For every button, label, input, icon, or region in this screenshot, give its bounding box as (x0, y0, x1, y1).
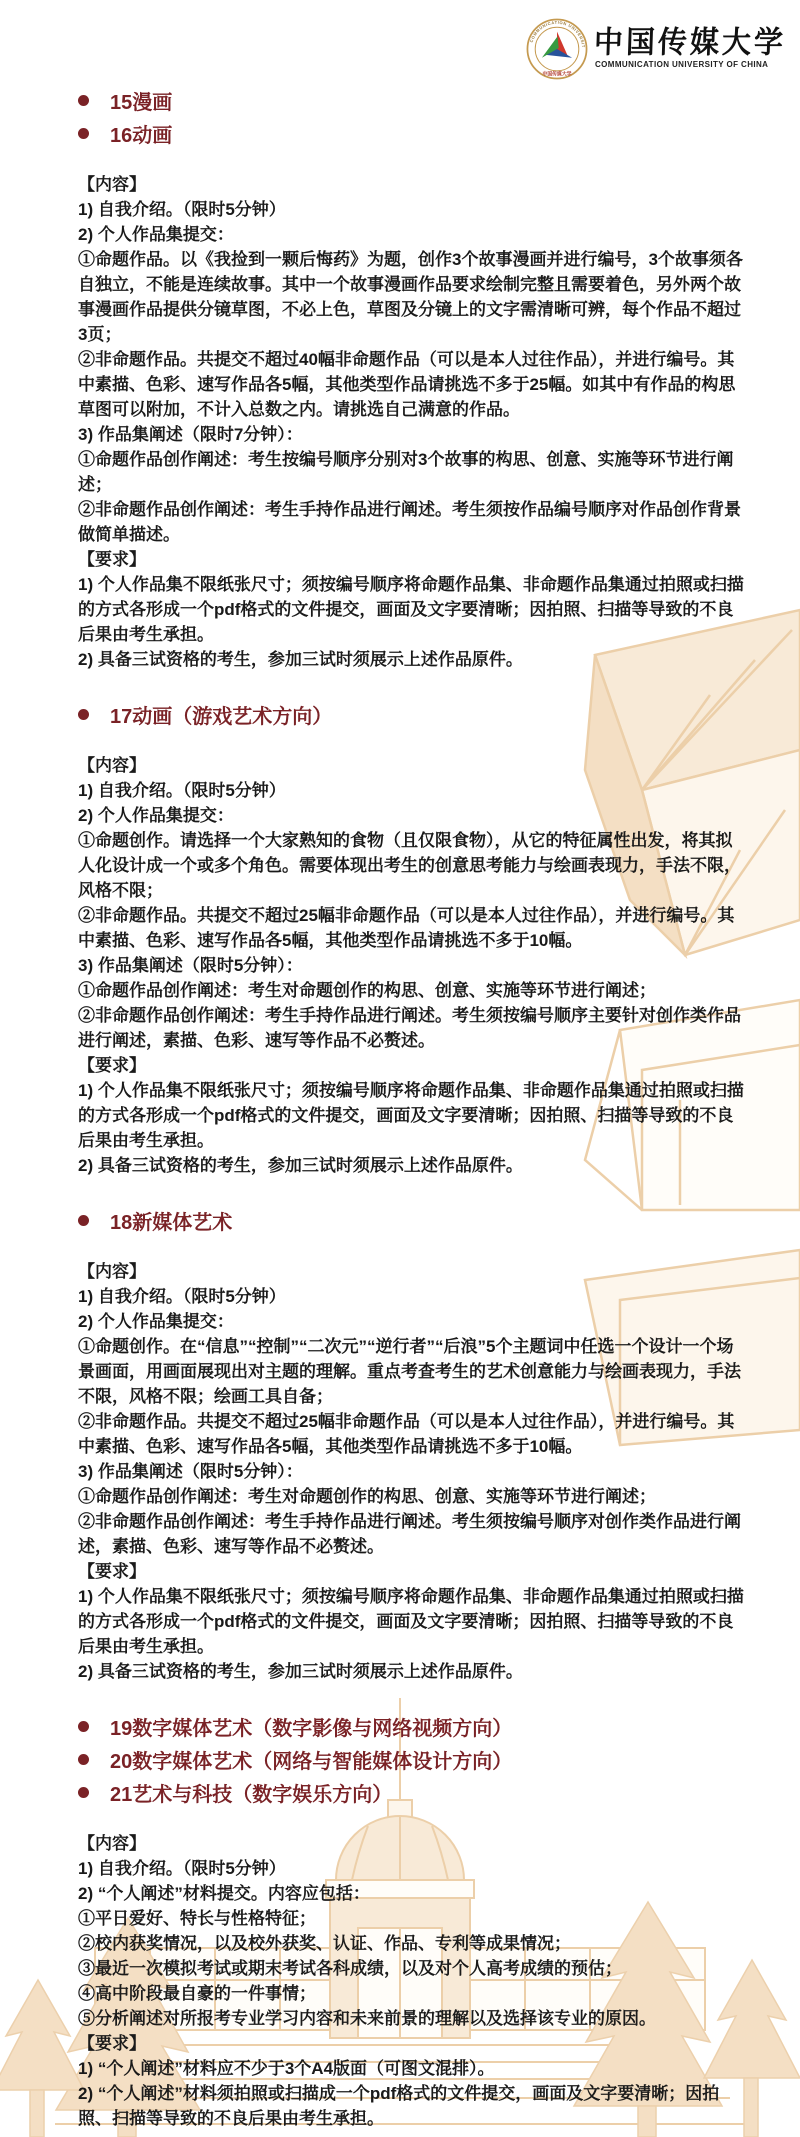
program-item: 20数字媒体艺术（网络与智能媒体设计方向） (78, 1743, 748, 1776)
body-paragraph: ②非命题作品创作阐述：考生手持作品进行阐述。考生须按编号顺序主要针对创作类作品进… (78, 1003, 748, 1053)
program-item-label: 19数字媒体艺术（数字影像与网络视频方向） (110, 1712, 512, 1741)
body-paragraph: 3) 作品集阐述（限时7分钟）： (78, 422, 748, 447)
program-item-label: 16动画 (110, 119, 172, 148)
university-seal-icon: COMMUNICATION UNIVERSITY OF CHINA 中国传媒大学 (526, 18, 588, 80)
body-paragraph: 【内容】 (78, 1831, 748, 1856)
body-paragraph: 1) 自我介绍。（限时5分钟） (78, 197, 748, 222)
body-paragraph: 2) “个人阐述”材料提交。内容应包括： (78, 1881, 748, 1906)
body-paragraph: 3) 作品集阐述（限时5分钟）： (78, 953, 748, 978)
body-paragraph: 【要求】 (78, 1053, 748, 1078)
program-item: 19数字媒体艺术（数字影像与网络视频方向） (78, 1710, 748, 1743)
body-paragraph: 2) 个人作品集提交： (78, 803, 748, 828)
program-item-label: 21艺术与科技（数字娱乐方向） (110, 1778, 392, 1807)
body-paragraph: 1) 个人作品集不限纸张尺寸；须按编号顺序将命题作品集、非命题作品集通过拍照或扫… (78, 572, 748, 647)
body-paragraph: 【内容】 (78, 753, 748, 778)
body-paragraph: 【要求】 (78, 2031, 748, 2056)
body-paragraph: ①命题作品。以《我捡到一颗后悔药》为题，创作3个故事漫画并进行编号，3个故事须各… (78, 247, 748, 347)
university-logo: COMMUNICATION UNIVERSITY OF CHINA 中国传媒大学… (520, 16, 780, 82)
body-paragraph: 2) 具备三试资格的考生，参加三试时须展示上述作品原件。 (78, 1153, 748, 1178)
body-paragraph: ①命题创作。在“信息”“控制”“二次元”“逆行者”“后浪”5个主题词中任选一个设… (78, 1334, 748, 1409)
body-paragraph: 2) 个人作品集提交： (78, 1309, 748, 1334)
document-page: COMMUNICATION UNIVERSITY OF CHINA 中国传媒大学… (0, 0, 800, 2137)
body-paragraph: 1) 自我介绍。（限时5分钟） (78, 1284, 748, 1309)
section-body-17: 【内容】 1) 自我介绍。（限时5分钟） 2) 个人作品集提交： ①命题创作。请… (78, 753, 748, 1178)
body-paragraph: ③最近一次模拟考试或期末考试各科成绩，以及对个人高考成绩的预估； (78, 1956, 748, 1981)
bullet-dot-icon (78, 1787, 89, 1798)
body-paragraph: ②非命题作品创作阐述：考生手持作品进行阐述。考生须按作品编号顺序对作品创作背景做… (78, 497, 748, 547)
program-item-label: 18新媒体艺术 (110, 1206, 232, 1235)
body-paragraph: ②非命题作品创作阐述：考生手持作品进行阐述。考生须按编号顺序对创作类作品进行阐述… (78, 1509, 748, 1559)
program-item: 15漫画 (78, 84, 748, 117)
document-content: 15漫画 16动画 【内容】 1) 自我介绍。（限时5分钟） 2) 个人作品集提… (0, 0, 800, 2131)
body-paragraph: ①平日爱好、特长与性格特征； (78, 1906, 748, 1931)
program-item-label: 15漫画 (110, 86, 172, 115)
program-heading-list-15-16: 15漫画 16动画 (78, 84, 748, 150)
seal-bottom-text: 中国传媒大学 (543, 71, 572, 78)
bullet-dot-icon (78, 95, 89, 106)
program-item-label: 20数字媒体艺术（网络与智能媒体设计方向） (110, 1745, 512, 1774)
body-paragraph: ④高中阶段最自豪的一件事情； (78, 1981, 748, 2006)
body-paragraph: ①命题作品创作阐述：考生对命题创作的构思、创意、实施等环节进行阐述； (78, 978, 748, 1003)
section-body-18: 【内容】 1) 自我介绍。（限时5分钟） 2) 个人作品集提交： ①命题创作。在… (78, 1259, 748, 1684)
body-paragraph: 2) 具备三试资格的考生，参加三试时须展示上述作品原件。 (78, 647, 748, 672)
program-heading-list-18: 18新媒体艺术 (78, 1204, 748, 1237)
body-paragraph: 1) 个人作品集不限纸张尺寸；须按编号顺序将命题作品集、非命题作品集通过拍照或扫… (78, 1584, 748, 1659)
body-paragraph: ②校内获奖情况，以及校外获奖、认证、作品、专利等成果情况； (78, 1931, 748, 1956)
section-body-15-16: 【内容】 1) 自我介绍。（限时5分钟） 2) 个人作品集提交： ①命题作品。以… (78, 172, 748, 672)
body-paragraph: ①命题作品创作阐述：考生按编号顺序分别对3个故事的构思、创意、实施等环节进行阐述… (78, 447, 748, 497)
body-paragraph: ②非命题作品。共提交不超过25幅非命题作品（可以是本人过往作品），并进行编号。其… (78, 1409, 748, 1459)
body-paragraph: ①命题作品创作阐述：考生对命题创作的构思、创意、实施等环节进行阐述； (78, 1484, 748, 1509)
program-item: 18新媒体艺术 (78, 1204, 748, 1237)
body-paragraph: 2) 具备三试资格的考生，参加三试时须展示上述作品原件。 (78, 1659, 748, 1684)
university-name-cn: 中国传媒大学 (593, 19, 776, 62)
bullet-dot-icon (78, 1754, 89, 1765)
body-paragraph: ②非命题作品。共提交不超过25幅非命题作品（可以是本人过往作品），并进行编号。其… (78, 903, 748, 953)
program-heading-list-17: 17动画（游戏艺术方向） (78, 698, 748, 731)
body-paragraph: 2) 个人作品集提交： (78, 222, 748, 247)
body-paragraph: ②非命题作品。共提交不超过40幅非命题作品（可以是本人过往作品），并进行编号。其… (78, 347, 748, 422)
program-item-label: 17动画（游戏艺术方向） (110, 700, 332, 729)
program-item: 17动画（游戏艺术方向） (78, 698, 748, 731)
bullet-dot-icon (78, 1721, 89, 1732)
program-heading-list-19-20-21: 19数字媒体艺术（数字影像与网络视频方向） 20数字媒体艺术（网络与智能媒体设计… (78, 1710, 748, 1809)
body-paragraph: 【要求】 (78, 1559, 748, 1584)
body-paragraph: ①命题创作。请选择一个大家熟知的食物（且仅限食物），从它的特征属性出发，将其拟人… (78, 828, 748, 903)
university-name-en: COMMUNICATION UNIVERSITY OF CHINA (595, 60, 780, 69)
bullet-dot-icon (78, 709, 89, 720)
section-body-19-20-21: 【内容】 1) 自我介绍。（限时5分钟） 2) “个人阐述”材料提交。内容应包括… (78, 1831, 748, 2131)
body-paragraph: 1) “个人阐述”材料应不少于3个A4版面（可图文混排）。 (78, 2056, 748, 2081)
program-item: 21艺术与科技（数字娱乐方向） (78, 1776, 748, 1809)
body-paragraph: ⑤分析阐述对所报考专业学习内容和未来前景的理解以及选择该专业的原因。 (78, 2006, 748, 2031)
bullet-dot-icon (78, 128, 89, 139)
bullet-dot-icon (78, 1215, 89, 1226)
program-item: 16动画 (78, 117, 748, 150)
body-paragraph: 1) 自我介绍。（限时5分钟） (78, 778, 748, 803)
body-paragraph: 1) 个人作品集不限纸张尺寸；须按编号顺序将命题作品集、非命题作品集通过拍照或扫… (78, 1078, 748, 1153)
body-paragraph: 3) 作品集阐述（限时5分钟）： (78, 1459, 748, 1484)
body-paragraph: 【内容】 (78, 172, 748, 197)
body-paragraph: 1) 自我介绍。（限时5分钟） (78, 1856, 748, 1881)
body-paragraph: 【内容】 (78, 1259, 748, 1284)
body-paragraph: 【要求】 (78, 547, 748, 572)
body-paragraph: 2) “个人阐述”材料须拍照或扫描成一个pdf格式的文件提交，画面及文字要清晰；… (78, 2081, 748, 2131)
